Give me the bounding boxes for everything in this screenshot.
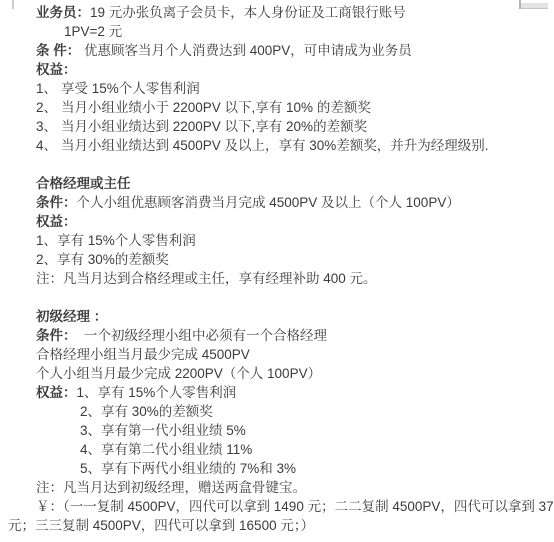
section3-condition2-line: 合格经理小组当月最少完成 4500PV <box>36 345 554 364</box>
section2-condition-label: 条件： <box>36 195 77 210</box>
list-item-number: 4、 <box>36 136 61 155</box>
section3-rights-label: 权益： <box>36 385 77 400</box>
section2-note: 注：凡当月达到合格经理或主任，享有经理补助 400 元。 <box>36 269 554 288</box>
list-item: 1、享受 15%个人零售利润 <box>36 79 554 98</box>
list-item: 2、享有 30%的差额奖 <box>36 250 554 269</box>
list-item-text: 当月小组业绩达到 4500PV 及以上，享有 30%差额奖，并升为经理级别. <box>61 138 489 153</box>
section1-rights-heading: 权益： <box>36 60 554 79</box>
section2-condition-line: 条件：个人小组优惠顾客消费当月完成 4500PV 及以上（个人 100PV） <box>36 193 554 212</box>
blank-line <box>0 155 554 174</box>
document-page: 业务员：19 元办张负离子会员卡，本人身份证及工商银行账号 1PV=2 元 条 … <box>0 0 554 542</box>
list-item: 1、享有 15%个人零售利润 <box>36 231 554 250</box>
section1-condition-line: 条 件： 优惠顾客当月个人消费达到 400PV，可申请成为业务员 <box>36 41 554 60</box>
list-item-text: 当月小组业绩达到 2200PV 以下,享有 20%的差额奖 <box>61 119 367 134</box>
list-item-text: 当月小组业绩小于 2200PV 以下,享有 10% 的差额奖 <box>61 100 371 115</box>
list-item: 4、享有第二代小组业绩 11% <box>80 440 554 459</box>
list-item: 4、当月小组业绩达到 4500PV 及以上，享有 30%差额奖，并升为经理级别. <box>36 136 554 155</box>
list-item-number: 1、 <box>36 79 61 98</box>
list-item: 2、享有 30%的差额奖 <box>80 402 554 421</box>
list-item: 5、享有下两代小组业绩的 7%和 3% <box>80 459 554 478</box>
section2-condition-text: 个人小组优惠顾客消费当月完成 4500PV 及以上（个人 100PV） <box>77 195 460 210</box>
section3-rights-first-line: 权益：1、享有 15%个人零售利润 <box>36 383 554 402</box>
section1-title-line: 业务员：19 元办张负离子会员卡，本人身份证及工商银行账号 <box>36 3 554 22</box>
section3-footnote-line1: ￥：（一一复制 4500PV，四代可以拿到 1490 元；二二复制 4500PV… <box>36 497 554 516</box>
document-body: 业务员：19 元办张负离子会员卡，本人身份证及工商银行账号 1PV=2 元 条 … <box>0 3 554 535</box>
section1-condition-text: 优惠顾客当月个人消费达到 400PV，可申请成为业务员 <box>80 43 412 58</box>
section1-title-text: 19 元办张负离子会员卡，本人身份证及工商银行账号 <box>90 5 406 20</box>
section3-note: 注：凡当月达到初级经理，赠送两盒骨键宝。 <box>36 478 554 497</box>
list-item: 3、当月小组业绩达到 2200PV 以下,享有 20%的差额奖 <box>36 117 554 136</box>
section2-title: 合格经理或主任 <box>36 174 554 193</box>
section3-condition-text: 一个初级经理小组中必须有一个合格经理 <box>77 328 328 343</box>
section1-condition-label: 条 件： <box>36 43 80 58</box>
list-item-number: 2、 <box>36 98 61 117</box>
list-item-text: 1、享有 15%个人零售利润 <box>77 385 237 400</box>
section3-condition-label: 条件： <box>36 328 77 343</box>
list-item-number: 3、 <box>36 117 61 136</box>
section3-footnote-line2: 元；三三复制 4500PV，四代可以拿到 16500 元；） <box>8 516 554 535</box>
section3-condition3-line: 个人小组当月最少完成 2200PV（个人 100PV） <box>36 364 554 383</box>
section2-rights-heading: 权益： <box>36 212 554 231</box>
section3-condition-line: 条件： 一个初级经理小组中必须有一个合格经理 <box>36 326 554 345</box>
list-item-text: 享受 15%个人零售利润 <box>61 81 200 96</box>
list-item: 3、享有第一代小组业绩 5% <box>80 421 554 440</box>
list-item: 2、当月小组业绩小于 2200PV 以下,享有 10% 的差额奖 <box>36 98 554 117</box>
section1-pv-rate-line: 1PV=2 元 <box>64 22 554 41</box>
section1-title-label: 业务员： <box>36 5 90 20</box>
blank-line <box>0 288 554 307</box>
section3-title: 初级经理 ： <box>36 307 554 326</box>
